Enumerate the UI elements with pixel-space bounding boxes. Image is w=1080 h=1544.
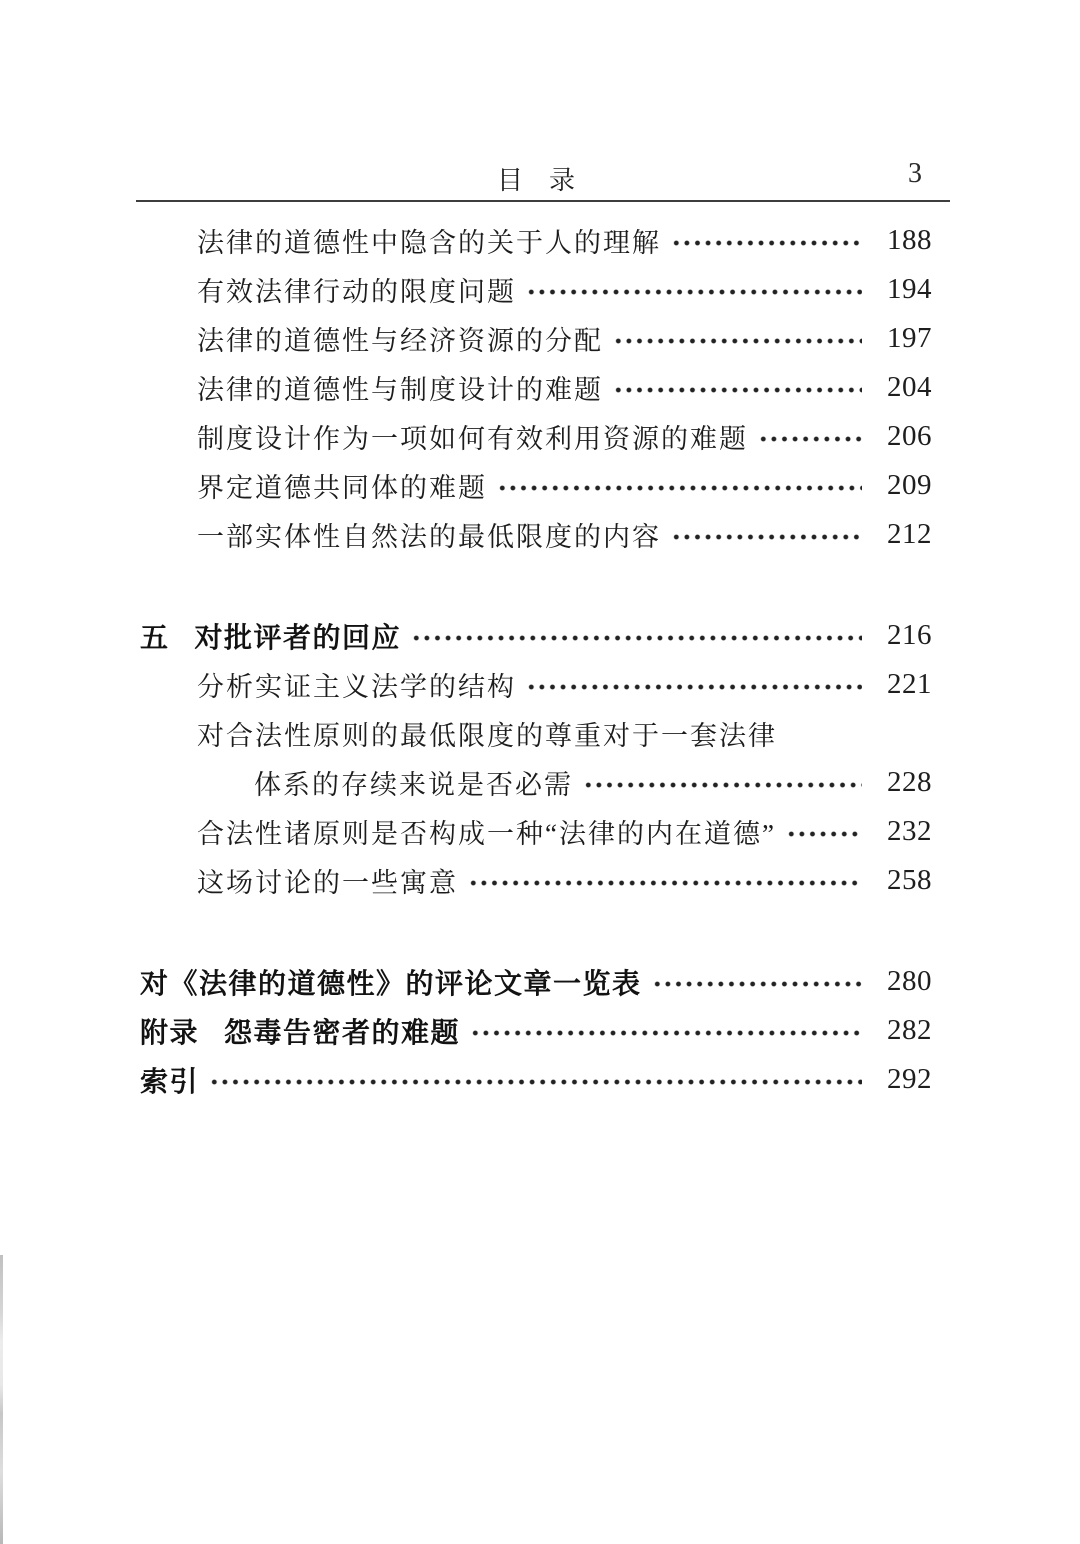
toc-entry-label: 有效法律行动的限度问题 xyxy=(197,270,516,309)
dot-leader xyxy=(466,876,862,890)
toc-entry: 一部实体性自然法的最低限度的内容 212 xyxy=(140,510,932,559)
toc-entry-page: 228 xyxy=(872,766,932,799)
toc-entry-page: 280 xyxy=(872,965,932,998)
toc-entry: 法律的道德性中隐含的关于人的理解 188 xyxy=(140,216,932,265)
toc-entry-label: 一部实体性自然法的最低限度的内容 xyxy=(197,515,661,554)
scan-edge-artifact xyxy=(0,1255,3,1544)
toc-entry-page: 204 xyxy=(872,371,932,404)
toc-entry: 对《法律的道德性》的评论文章一览表 280 xyxy=(140,957,932,1006)
toc-entry-page: 292 xyxy=(872,1063,932,1096)
toc-entry-page: 232 xyxy=(872,815,932,848)
toc-entry-label: 体系的存续来说是否必需 xyxy=(254,763,573,802)
dot-leader xyxy=(669,530,862,544)
toc-entry-label: 法律的道德性与经济资源的分配 xyxy=(197,319,603,358)
dot-leader xyxy=(611,383,862,397)
toc-entry-label: 分析实证主义法学的结构 xyxy=(197,665,516,704)
dot-leader xyxy=(784,827,862,841)
toc-entry-page: 209 xyxy=(872,469,932,502)
header-rule xyxy=(136,200,950,202)
toc-entry: 合法性诸原则是否构成一种“法律的内在道德” 232 xyxy=(140,807,932,856)
toc-entry-page: 188 xyxy=(872,224,932,257)
toc-entry: 有效法律行动的限度问题 194 xyxy=(140,265,932,314)
toc-entry-page: 221 xyxy=(872,668,932,701)
toc-entry-page: 194 xyxy=(872,273,932,306)
toc-entry: 体系的存续来说是否必需 228 xyxy=(140,758,932,807)
dot-leader xyxy=(650,977,862,991)
page-content: 目 录 3 法律的道德性中隐含的关于人的理解 188 有效法律行动的限度问题 1… xyxy=(140,160,932,1104)
toc-entry-label: 合法性诸原则是否构成一种“法律的内在道德” xyxy=(197,812,776,851)
page-title: 目 录 xyxy=(140,160,932,197)
dot-leader xyxy=(524,680,862,694)
dot-leader xyxy=(756,432,862,446)
toc-entry: 这场讨论的一些寓意 258 xyxy=(140,856,932,905)
toc-entry-label: 法律的道德性中隐含的关于人的理解 xyxy=(197,221,661,260)
folio-page-number: 3 xyxy=(908,158,922,190)
toc-entry-label: 索引 xyxy=(140,1060,199,1100)
toc-list: 法律的道德性中隐含的关于人的理解 188 有效法律行动的限度问题 194 法律的… xyxy=(140,216,932,1104)
toc-entry: 五 对批评者的回应 216 xyxy=(140,611,932,660)
dot-leader xyxy=(409,631,862,645)
dot-leader xyxy=(524,285,862,299)
toc-entry-page: 282 xyxy=(872,1014,932,1047)
toc-entry: 分析实证主义法学的结构 221 xyxy=(140,660,932,709)
toc-entry-page: 212 xyxy=(872,518,932,551)
toc-entry-label: 制度设计作为一项如何有效利用资源的难题 xyxy=(197,417,748,456)
toc-entry-label: 对《法律的道德性》的评论文章一览表 xyxy=(140,962,642,1002)
dot-leader xyxy=(611,334,862,348)
toc-entry-page: 216 xyxy=(872,619,932,652)
toc-entry: 制度设计作为一项如何有效利用资源的难题 206 xyxy=(140,412,932,461)
toc-entry-label: 对合法性原则的最低限度的尊重对于一套法律 xyxy=(197,714,777,753)
toc-entry: 法律的道德性与经济资源的分配 197 xyxy=(140,314,932,363)
toc-entry-label: 对批评者的回应 xyxy=(195,616,402,656)
toc-entry-label: 这场讨论的一些寓意 xyxy=(197,861,458,900)
dot-leader xyxy=(581,778,862,792)
toc-entry-label: 界定道德共同体的难题 xyxy=(197,466,487,505)
toc-entry-prefix: 五 xyxy=(140,616,170,656)
toc-entry: 法律的道德性与制度设计的难题 204 xyxy=(140,363,932,412)
dot-leader xyxy=(468,1026,862,1040)
toc-entry-page: 197 xyxy=(872,322,932,355)
toc-entry-page: 206 xyxy=(872,420,932,453)
toc-entry-label: 怨毒告密者的难题 xyxy=(224,1011,460,1051)
dot-leader xyxy=(207,1075,862,1089)
toc-entry-label: 法律的道德性与制度设计的难题 xyxy=(197,368,603,407)
toc-entry: 附录 怨毒告密者的难题 282 xyxy=(140,1006,932,1055)
dot-leader xyxy=(669,236,862,250)
toc-entry-page: 258 xyxy=(872,864,932,897)
page-header: 目 录 3 xyxy=(140,160,932,202)
toc-entry-prefix: 附录 xyxy=(140,1011,199,1051)
toc-entry: 索引 292 xyxy=(140,1055,932,1104)
toc-entry: 对合法性原则的最低限度的尊重对于一套法律 xyxy=(140,709,932,758)
dot-leader xyxy=(495,481,862,495)
scanned-book-page: 目 录 3 法律的道德性中隐含的关于人的理解 188 有效法律行动的限度问题 1… xyxy=(0,0,1080,1544)
toc-entry: 界定道德共同体的难题 209 xyxy=(140,461,932,510)
